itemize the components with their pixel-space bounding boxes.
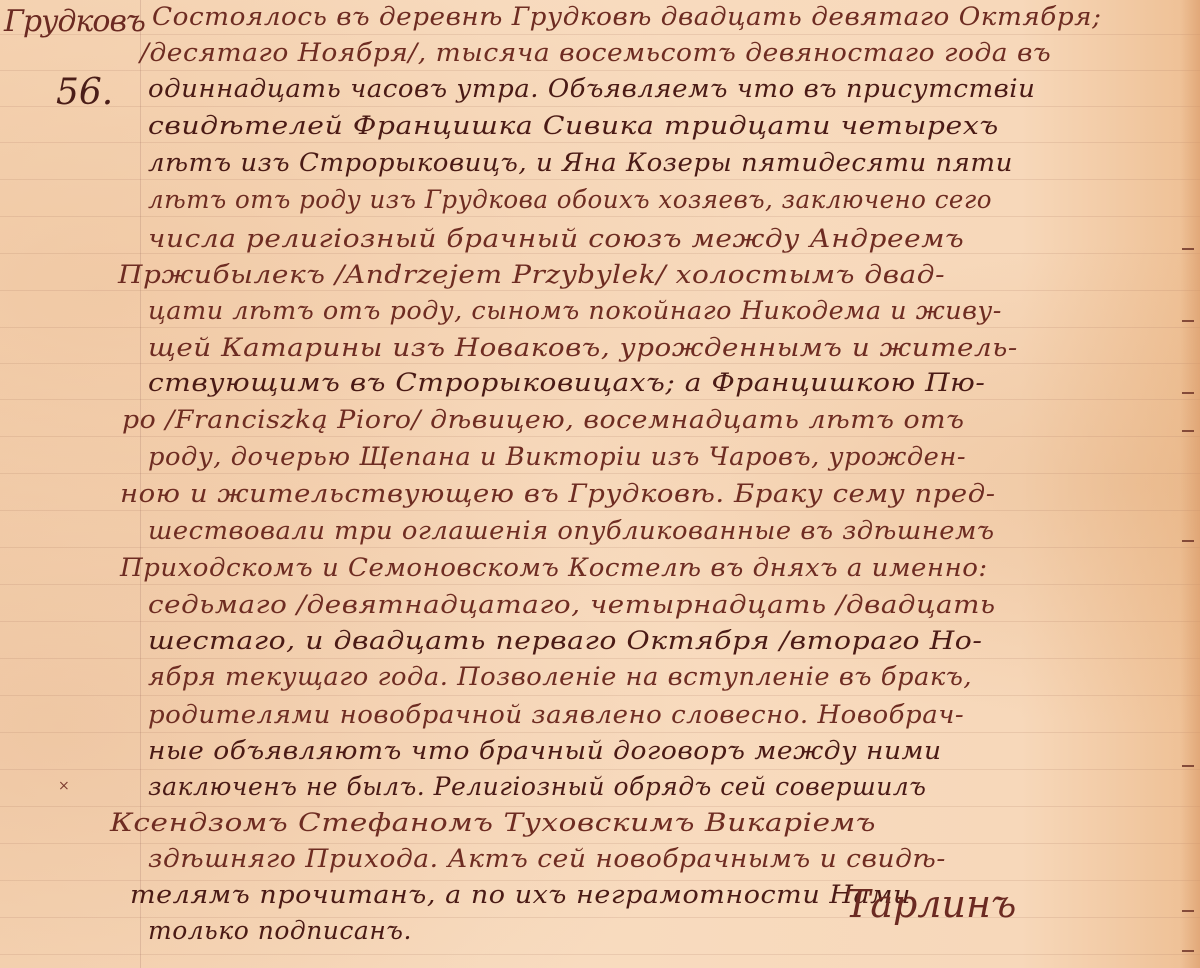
text-line: свидѣтелей Францишка Сивика тридцати чет… bbox=[148, 111, 999, 140]
ruled-line bbox=[0, 658, 1200, 659]
text-line: одиннадцать часовъ утра. Объявляемъ что … bbox=[148, 74, 1035, 103]
ruled-line bbox=[0, 34, 1200, 35]
ruled-line bbox=[0, 179, 1200, 180]
record-number: 56. bbox=[56, 72, 113, 113]
text-line: Пржибылекъ /Andrzejem Przybylek/ холосты… bbox=[118, 260, 945, 289]
ruled-line bbox=[0, 510, 1200, 511]
text-line: телямъ прочитанъ, а по ихъ неграмотности… bbox=[130, 880, 911, 909]
text-line: ро /Franciszką Pioro/ дѣвицею, восемнадц… bbox=[122, 405, 964, 434]
text-line: ствующимъ въ Строрыковицахъ; а Францишко… bbox=[148, 368, 985, 397]
text-line: цати лѣтъ отъ роду, сыномъ покойнаго Ник… bbox=[148, 296, 1002, 325]
text-line: /десятаго Ноября/, тысяча восемьсотъ дев… bbox=[140, 38, 1051, 67]
margin-village-name: Грудковъ bbox=[4, 4, 145, 39]
text-line: роду, дочерью Щепана и Викторіи изъ Чаро… bbox=[148, 442, 966, 471]
text-line: Ксендзомъ Стефаномъ Туховскимъ Викаріемъ bbox=[110, 808, 876, 837]
text-line: здѣшняго Прихода. Актъ сей новобрачнымъ … bbox=[148, 844, 946, 873]
ruled-line bbox=[0, 584, 1200, 585]
text-line: щей Катарины изъ Новаковъ, урожденнымъ и… bbox=[148, 333, 1018, 362]
edge-mark bbox=[1182, 430, 1194, 432]
text-line: ября текущаго года. Позволеніе на вступл… bbox=[148, 662, 972, 691]
ruled-line bbox=[0, 327, 1200, 328]
text-line: ные объявляютъ что брачный договоръ межд… bbox=[148, 736, 942, 765]
ruled-line bbox=[0, 142, 1200, 143]
text-line: Приходскомъ и Семоновскомъ Костелѣ въ дн… bbox=[120, 553, 988, 582]
text-line: числа религіозный брачный союзъ между Ан… bbox=[148, 224, 964, 253]
text-line: седьмаго /девятнадцатаго, четырнадцать /… bbox=[148, 590, 996, 619]
edge-mark bbox=[1182, 950, 1194, 952]
ruled-line bbox=[0, 399, 1200, 400]
ruled-line bbox=[0, 547, 1200, 548]
ruled-line bbox=[0, 106, 1200, 107]
ruled-line bbox=[0, 290, 1200, 291]
ruled-line bbox=[0, 436, 1200, 437]
ruled-line bbox=[0, 695, 1200, 696]
edge-mark bbox=[1182, 540, 1194, 542]
ruled-line bbox=[0, 253, 1200, 254]
ruled-line bbox=[0, 70, 1200, 71]
edge-mark bbox=[1182, 320, 1194, 322]
ruled-line bbox=[0, 621, 1200, 622]
text-line: родителями новобрачной заявлено словесно… bbox=[148, 700, 964, 729]
ruled-line bbox=[0, 806, 1200, 807]
document-page: Грудковъ 56. × Состоялось въ деревнѣ Гру… bbox=[0, 0, 1200, 968]
margin-marker: × bbox=[58, 778, 70, 794]
edge-mark bbox=[1182, 765, 1194, 767]
text-line: шестаго, и двадцать перваго Октября /вто… bbox=[148, 626, 982, 655]
edge-mark bbox=[1182, 910, 1194, 912]
text-line: ною и жительствующею въ Грудковѣ. Браку … bbox=[120, 479, 996, 508]
text-line: только подписанъ. bbox=[148, 916, 412, 945]
text-line: лѣтъ изъ Строрыковицъ, и Яна Козеры пяти… bbox=[148, 148, 1013, 177]
ruled-line bbox=[0, 769, 1200, 770]
ruled-line bbox=[0, 473, 1200, 474]
ruled-line bbox=[0, 732, 1200, 733]
edge-mark bbox=[1182, 248, 1194, 250]
ruled-line bbox=[0, 216, 1200, 217]
ruled-line bbox=[0, 954, 1200, 955]
text-line: шествовали три оглашенія опубликованные … bbox=[148, 516, 995, 545]
ruled-line bbox=[0, 363, 1200, 364]
text-line: заключенъ не былъ. Религіозный обрядъ се… bbox=[148, 772, 926, 801]
page-edge bbox=[1180, 0, 1200, 968]
signature-name: Тарлинъ bbox=[845, 882, 1016, 926]
edge-mark bbox=[1182, 392, 1194, 394]
text-line: лѣтъ отъ роду изъ Грудкова обоихъ хозяев… bbox=[148, 185, 992, 214]
text-line: Состоялось въ деревнѣ Грудковѣ двадцать … bbox=[152, 2, 1101, 31]
